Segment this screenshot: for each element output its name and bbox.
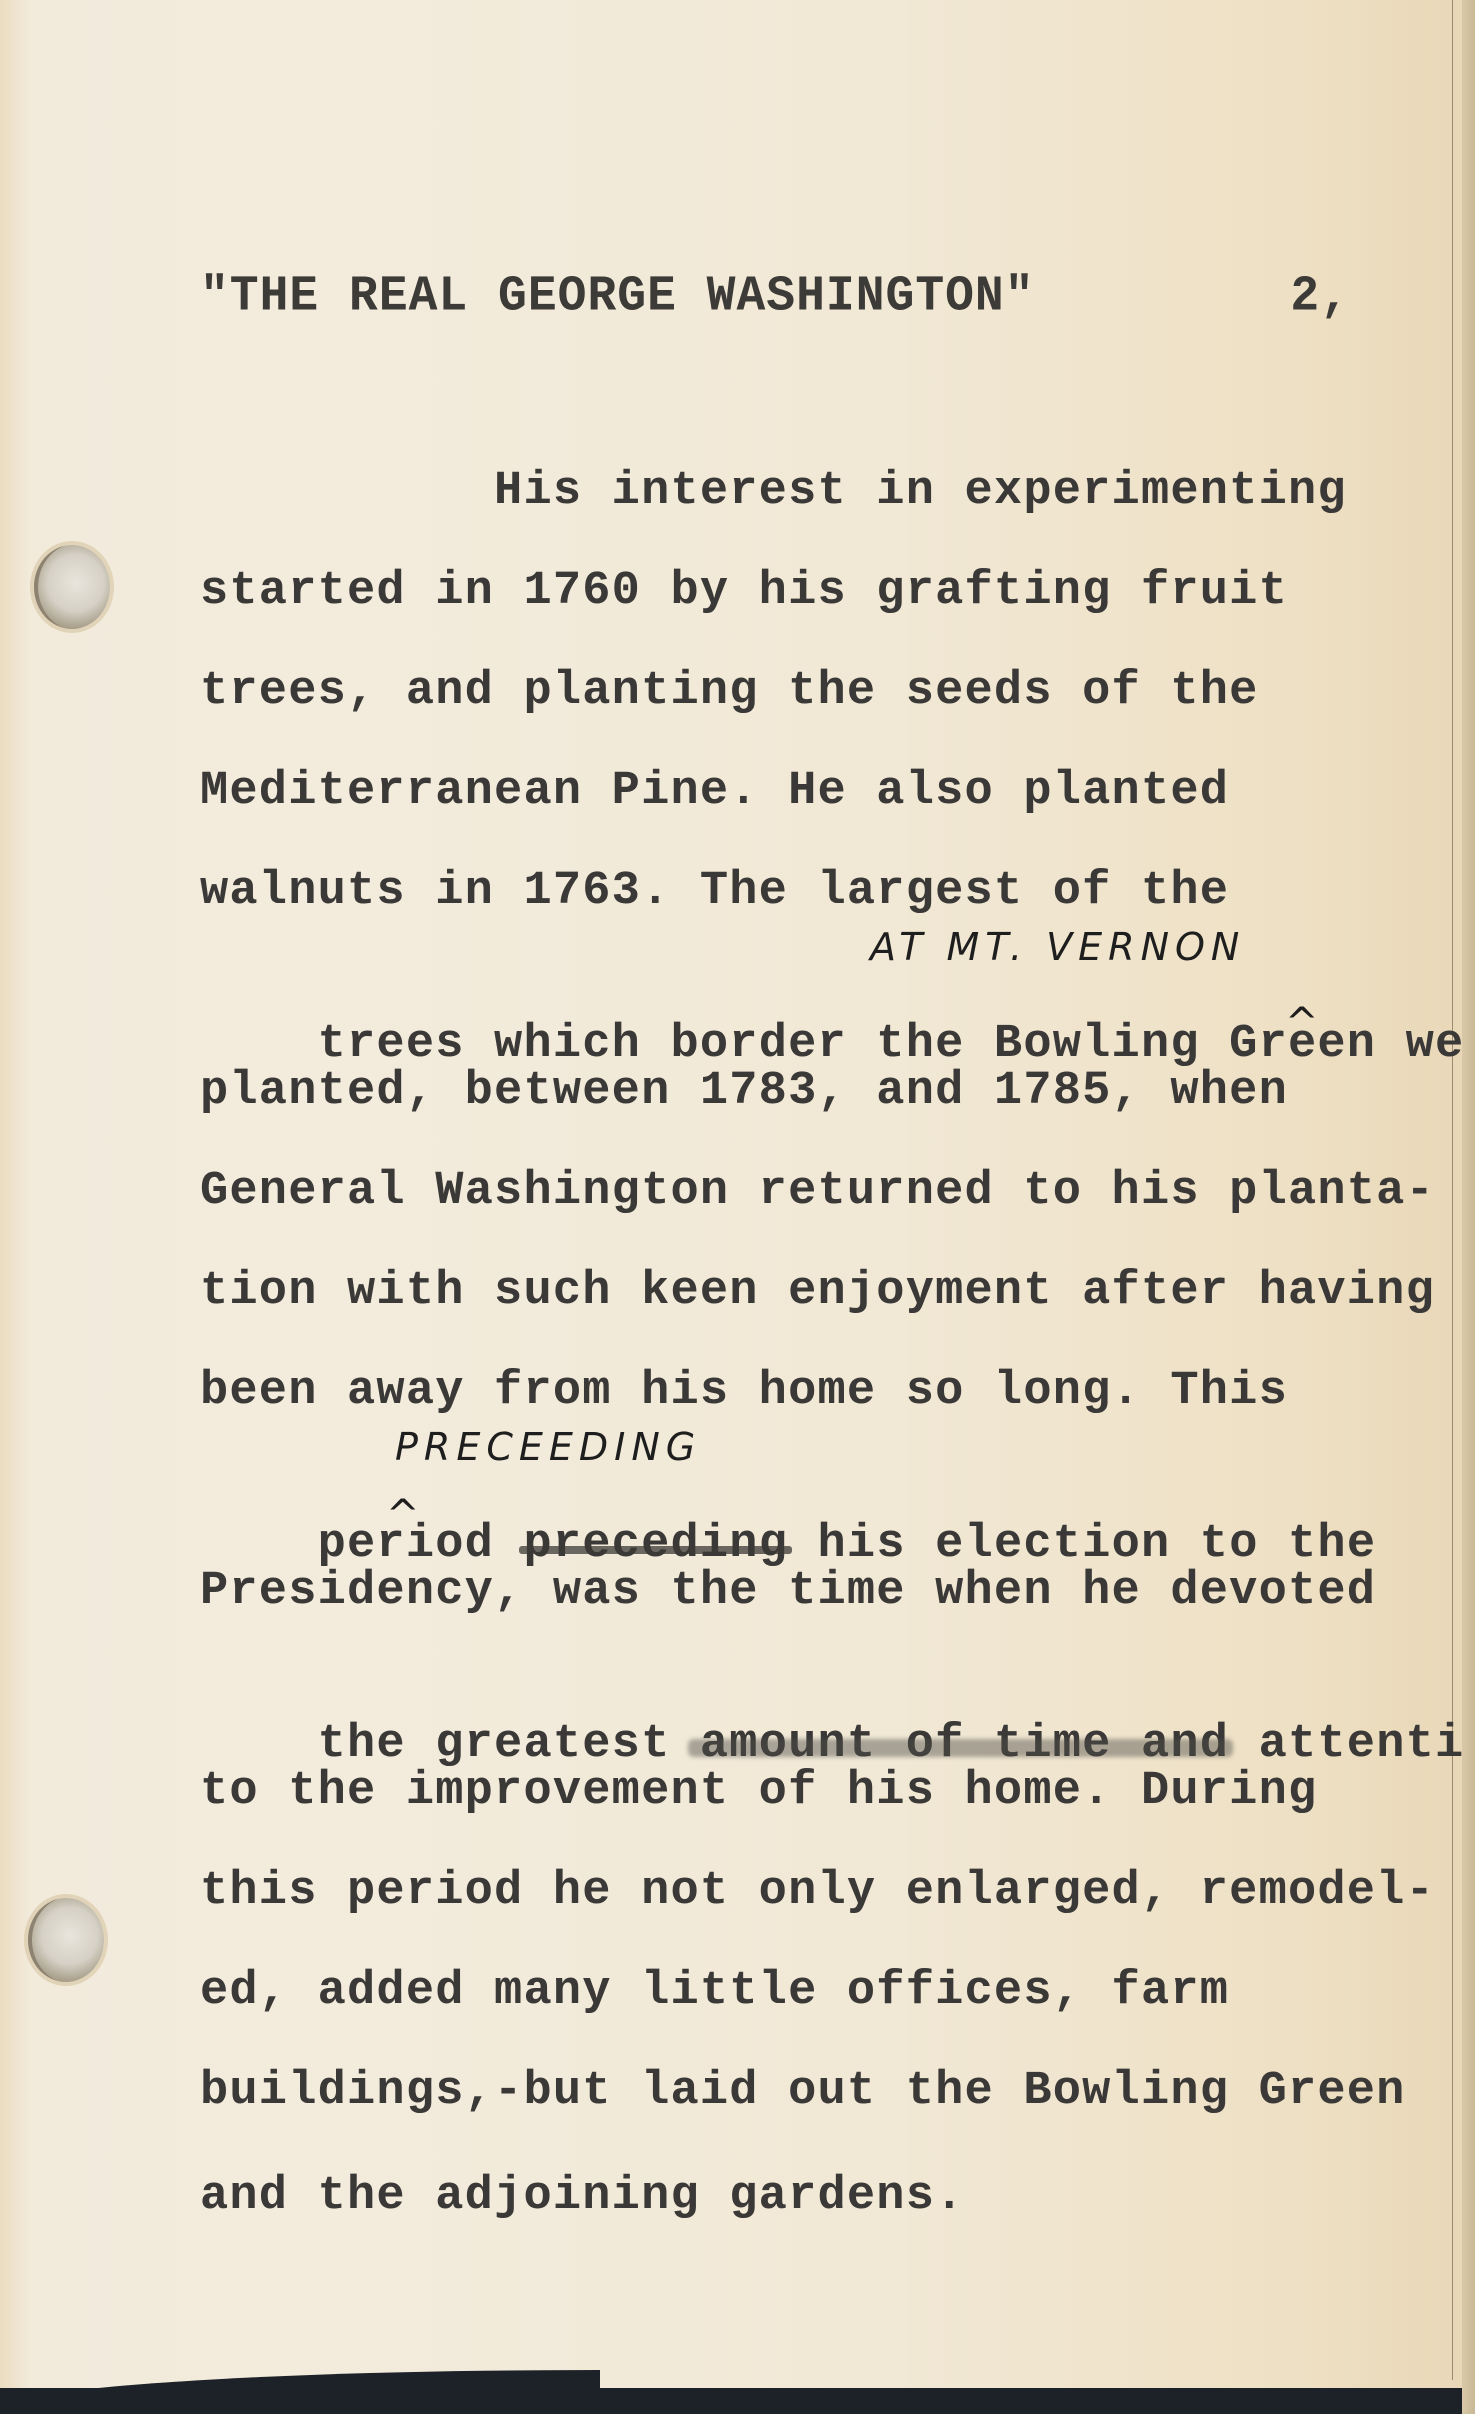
text-line-14: to the improvement of his home. During (200, 1765, 1317, 1818)
text-line-1: His interest in experimenting (200, 465, 1347, 518)
text-line-9: tion with such keen enjoyment after havi… (200, 1265, 1435, 1318)
text-line-11-rest: his election to the (818, 1518, 1377, 1571)
text-line-7: planted, between 1783, and 1785, when (200, 1065, 1288, 1118)
page-number: 2, (1290, 269, 1350, 326)
text-the-greatest: the greatest (318, 1718, 671, 1771)
binder-hole-top (34, 545, 110, 629)
text-line-10: been away from his home so long. This (200, 1365, 1288, 1418)
text-line-5: walnuts in 1763. The largest of the (200, 865, 1229, 918)
text-line-12: Presidency, was the time when he devoted (200, 1565, 1376, 1618)
text-line-16: ed, added many little offices, farm (200, 1965, 1229, 2018)
text-line-17: buildings,-but laid out the Bowling Gree… (200, 2065, 1406, 2118)
caret-mark-1: ^ (1285, 1000, 1319, 1046)
struck-phrase-amount-of-time-and: amount of time and (700, 1718, 1229, 1771)
handwritten-insert-at-mt-vernon: AT MT. VERNON (870, 925, 1245, 969)
text-line-6-pre: trees which border the Bowling Green (318, 1018, 1377, 1071)
text-line-18: and the adjoining gardens. (200, 2170, 965, 2223)
text-attention: attention (1259, 1718, 1475, 1771)
text-line-15: this period he not only enlarged, remode… (200, 1865, 1435, 1918)
page-stack-edge (1462, 0, 1475, 2414)
binder-hole-bottom (28, 1898, 104, 1982)
text-line-2: started in 1760 by his grafting fruit (200, 565, 1288, 618)
caret-mark-2: ^ (386, 1492, 420, 1538)
typewritten-page: "THE REAL GEORGE WASHINGTON" 2, His inte… (0, 0, 1462, 2388)
document-title: "THE REAL GEORGE WASHINGTON" (200, 269, 1035, 326)
text-line-8: General Washington returned to his plant… (200, 1165, 1435, 1218)
page-header: "THE REAL GEORGE WASHINGTON" 2, (200, 269, 1350, 326)
text-line-4: Mediterranean Pine. He also planted (200, 765, 1229, 818)
text-line-3: trees, and planting the seeds of the (200, 665, 1259, 718)
handwritten-insert-preceeding: PRECEEDING (395, 1425, 701, 1469)
struck-word-preceding: preceding (523, 1518, 788, 1571)
page-edge-line-inner (1452, 0, 1453, 2380)
